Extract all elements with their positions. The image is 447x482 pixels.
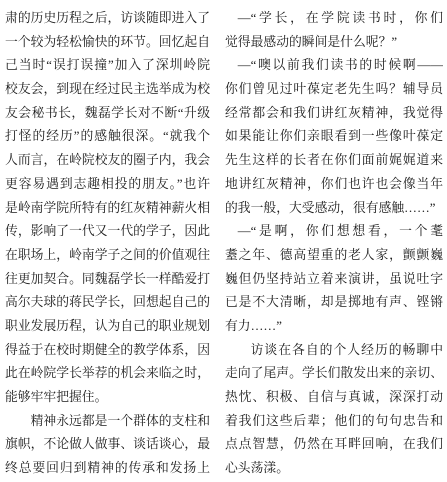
text-line: 人而言，在岭院校友的圈子内，我会 <box>5 149 210 173</box>
text-line: 心头荡漾。 <box>225 457 443 481</box>
text-line: 是岭南学院所特有的红灰精神薪火相 <box>5 197 210 221</box>
text-line: 传，影响了一代又一代的学子，因此 <box>5 220 210 244</box>
text-line: 如果能让你们亲眼看到一些像叶葆定 <box>225 125 443 149</box>
text-line: 有力……” <box>225 315 443 339</box>
text-line: 已是不大清晰，却是掷地有声、铿锵 <box>225 291 443 315</box>
text-line: 能够牢牢把握住。 <box>5 386 210 410</box>
paragraph: 精神永远都是一个群体的支柱和旗帜，不论做人做事、谈话谈心，最终总要回归到精神的传… <box>5 410 210 481</box>
text-column-right: —“学长，在学院读书时，你们觉得最感动的瞬间是什么呢？”—“噢以前我们读书的时候… <box>225 7 443 482</box>
text-column-left: 肃的历史历程之后，访谈随即进入了一个较为轻松愉快的环节。回忆起自己当时“误打误撞… <box>5 7 210 482</box>
text-line: 着我们这些后辈；他们的句句忠告和 <box>225 410 443 434</box>
text-line: 点点智慧，仍然在耳畔回响，在我们 <box>225 433 443 457</box>
text-line: 经常都会和我们讲红灰精神，我觉得 <box>225 102 443 126</box>
text-line: 一个较为轻松愉快的环节。回忆起自 <box>5 31 210 55</box>
text-line: 旗帜，不论做人做事、谈话谈心，最 <box>5 433 210 457</box>
text-line: 终总要回归到精神的传承和发扬上来。 <box>5 457 210 481</box>
text-line: 职业发展历程，认为自己的职业规划 <box>5 315 210 339</box>
text-line: —“是啊，你们想想看，一个耄 <box>225 220 443 244</box>
text-line: 肃的历史历程之后，访谈随即进入了 <box>5 7 210 31</box>
text-line: 地讲红灰精神，你们也许也会像当年 <box>225 173 443 197</box>
text-line: 高尔夫球的蒋民学长，回想起自己的 <box>5 291 210 315</box>
text-line: 己当时“误打误撞”加入了深圳岭院 <box>5 54 210 78</box>
text-line: —“噢以前我们读书的时候啊—— <box>225 54 443 78</box>
text-line: 得益于在校时期健全的教学体系，因 <box>5 339 210 363</box>
paragraph: 访谈在各自的个人经历的畅聊中走向了尾声。学长们散发出来的亲切、热忱、积极、自信与… <box>225 339 443 481</box>
text-line: 友会秘书长，魏磊学长对不断“升级 <box>5 102 210 126</box>
text-line: 在职场上，岭南学子之间的价值观往 <box>5 244 210 268</box>
text-line: 校友会，到现在经过民主选举成为校 <box>5 78 210 102</box>
text-line: 的我一般，大受感动，很有感触……” <box>225 197 443 221</box>
text-line: 往更加契合。同魏磊学长一样酷爱打 <box>5 268 210 292</box>
document-page: 肃的历史历程之后，访谈随即进入了一个较为轻松愉快的环节。回忆起自己当时“误打误撞… <box>0 0 447 482</box>
paragraph: —“噢以前我们读书的时候啊——你们曾见过叶葆定老先生吗？辅导员经常都会和我们讲红… <box>225 54 443 220</box>
text-line: 先生这样的长者在你们面前娓娓道来 <box>225 149 443 173</box>
text-line: 巍但仍坚持站立着来演讲，虽说吐字 <box>225 268 443 292</box>
text-line: 此在岭院学长举荐的机会来临之时， <box>5 362 210 386</box>
paragraph: —“是啊，你们想想看，一个耄耋之年、德高望重的老人家，颤颤巍巍但仍坚持站立着来演… <box>225 220 443 338</box>
text-line: 你们曾见过叶葆定老先生吗？辅导员 <box>225 78 443 102</box>
text-line: 更容易遇到志趣相投的朋友。”也许 <box>5 173 210 197</box>
text-line: —“学长，在学院读书时，你们 <box>225 7 443 31</box>
text-line: 耋之年、德高望重的老人家，颤颤巍 <box>225 244 443 268</box>
text-line: 走向了尾声。学长们散发出来的亲切、 <box>225 362 443 386</box>
paragraph: —“学长，在学院读书时，你们觉得最感动的瞬间是什么呢？” <box>225 7 443 54</box>
text-line: 精神永远都是一个群体的支柱和 <box>5 410 210 434</box>
text-line: 热忱、积极、自信与真诚，深深打动 <box>225 386 443 410</box>
text-line: 访谈在各自的个人经历的畅聊中 <box>225 339 443 363</box>
text-line: 觉得最感动的瞬间是什么呢？” <box>225 31 443 55</box>
text-line: 打怪的经历”的感触很深。“就我个 <box>5 125 210 149</box>
paragraph: 肃的历史历程之后，访谈随即进入了一个较为轻松愉快的环节。回忆起自己当时“误打误撞… <box>5 7 210 410</box>
